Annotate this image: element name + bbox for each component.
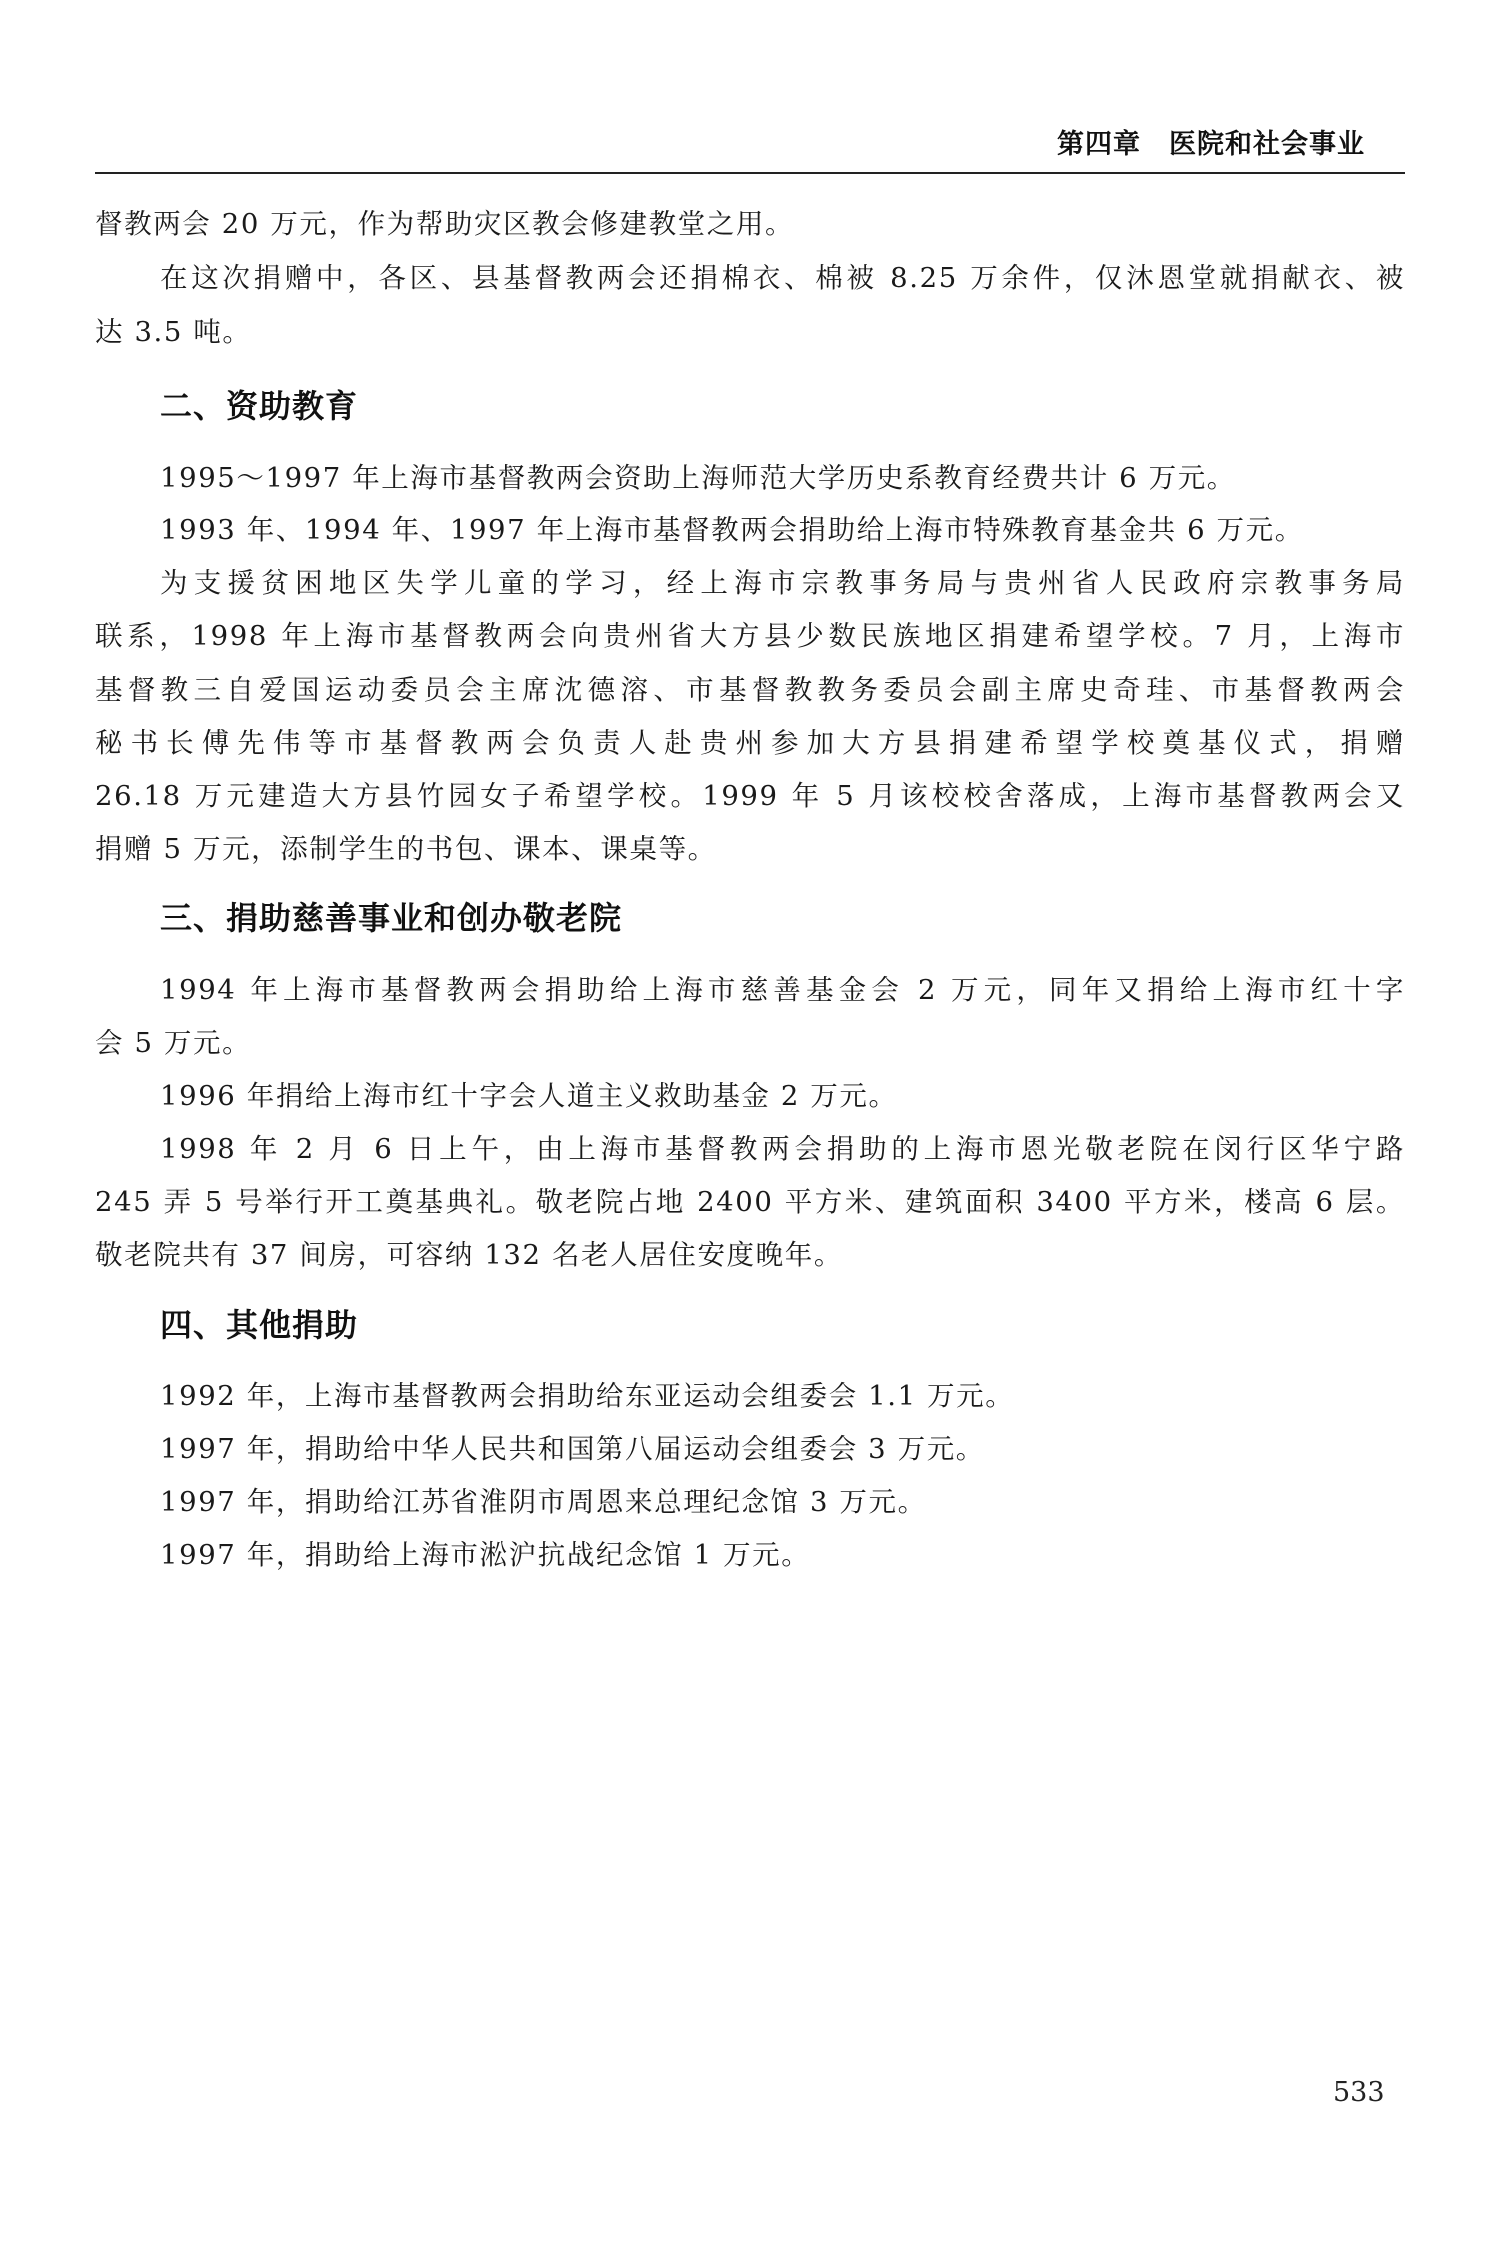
body-line: 1994 年上海市基督教两会捐助给上海市慈善基金会 2 万元，同年又捐给上海市红… <box>160 972 1405 1008</box>
chapter-number: 第四章 <box>1057 129 1141 160</box>
section-heading-other-donations: 四、其他捐助 <box>160 1305 358 1345</box>
running-header: 第四章医院和社会事业 <box>1057 122 1365 161</box>
body-line: 联系，1998 年上海市基督教两会向贵州省大方县少数民族地区捐建希望学校。7 月… <box>95 618 1405 654</box>
chapter-title: 医院和社会事业 <box>1169 129 1365 160</box>
body-line: 督教两会 20 万元，作为帮助灾区教会修建教堂之用。 <box>95 206 1405 242</box>
body-line: 基督教三自爱国运动委员会主席沈德溶、市基督教教务委员会副主席史奇珪、市基督教两会 <box>95 672 1405 708</box>
body-line: 26.18 万元建造大方县竹园女子希望学校。1999 年 5 月该校校舍落成，上… <box>95 778 1405 814</box>
section-heading-education: 二、资助教育 <box>160 386 358 426</box>
section-heading-charity: 三、捐助慈善事业和创办敬老院 <box>160 898 622 938</box>
body-line: 1997 年，捐助给中华人民共和国第八届运动会组委会 3 万元。 <box>160 1431 1405 1467</box>
body-line: 245 弄 5 号举行开工奠基典礼。敬老院占地 2400 平方米、建筑面积 34… <box>95 1184 1405 1220</box>
body-line: 1997 年，捐助给江苏省淮阴市周恩来总理纪念馆 3 万元。 <box>160 1484 1405 1520</box>
header-divider <box>95 172 1405 174</box>
body-line: 在这次捐赠中，各区、县基督教两会还捐棉衣、棉被 8.25 万余件，仅沐恩堂就捐献… <box>160 260 1405 296</box>
body-line: 秘书长傅先伟等市基督教两会负责人赴贵州参加大方县捐建希望学校奠基仪式，捐赠 <box>95 725 1405 761</box>
body-line: 1997 年，捐助给上海市淞沪抗战纪念馆 1 万元。 <box>160 1537 1405 1573</box>
book-page: 第四章医院和社会事业 督教两会 20 万元，作为帮助灾区教会修建教堂之用。 在这… <box>0 0 1500 2260</box>
body-line: 敬老院共有 37 间房，可容纳 132 名老人居住安度晚年。 <box>95 1237 1405 1273</box>
body-line: 1995～1997 年上海市基督教两会资助上海师范大学历史系教育经费共计 6 万… <box>160 460 1405 496</box>
body-line: 1993 年、1994 年、1997 年上海市基督教两会捐助给上海市特殊教育基金… <box>160 512 1405 548</box>
page-number: 533 <box>1333 2077 1385 2108</box>
body-line: 1996 年捐给上海市红十字会人道主义救助基金 2 万元。 <box>160 1078 1405 1114</box>
body-line: 捐赠 5 万元，添制学生的书包、课本、课桌等。 <box>95 831 1405 867</box>
body-line: 为支援贫困地区失学儿童的学习，经上海市宗教事务局与贵州省人民政府宗教事务局 <box>160 565 1405 601</box>
body-line: 1992 年，上海市基督教两会捐助给东亚运动会组委会 1.1 万元。 <box>160 1378 1405 1414</box>
body-line: 达 3.5 吨。 <box>95 314 1405 350</box>
body-line: 会 5 万元。 <box>95 1025 1405 1061</box>
body-line: 1998 年 2 月 6 日上午，由上海市基督教两会捐助的上海市恩光敬老院在闵行… <box>160 1131 1405 1167</box>
